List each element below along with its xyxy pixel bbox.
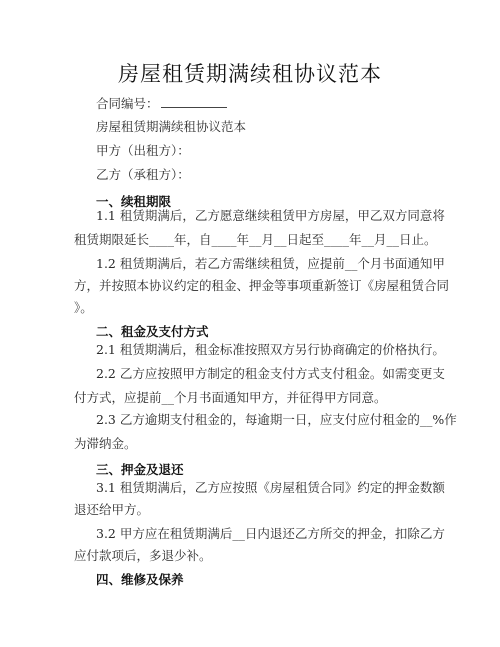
clause-line: 方，并按照本协议约定的租金、押金等事项重新签订《房屋租赁合同 xyxy=(74,276,449,294)
clause-line: 》。 xyxy=(74,298,93,316)
party-b-label: 乙方（承租方）： xyxy=(96,168,190,182)
document-subtitle: 房屋租赁期满续租协议范本 xyxy=(96,120,246,134)
clause-line: 2.3 乙方逾期支付租金的，每逾期一日，应支付应付租金的__%作 xyxy=(96,410,457,428)
contract-number-field: 合同编号： xyxy=(96,96,227,111)
clause-line: 1.2 租赁期满后，若乙方需继续租赁，应提前__个月书面通知甲 xyxy=(96,254,445,272)
clause-line: 应付款项后，多退少补。 xyxy=(74,546,212,564)
clause-line: 2.2 乙方应按照甲方制定的租金支付方式支付租金。如需变更支 xyxy=(96,364,445,382)
clause-line: 付方式，应提前__个月书面通知甲方，并征得甲方同意。 xyxy=(74,388,387,406)
section-heading-3: 三、押金及退还 xyxy=(96,460,184,478)
clause-line: 租赁期限延长____年，自____年__月__日起至____年__月__日止。 xyxy=(74,230,437,248)
clause-line: 3.1 租赁期满后，乙方应按照《房屋租赁合同》约定的押金数额 xyxy=(96,478,445,496)
clause-line: 2.1 租赁期满后，租金标准按照双方另行协商确定的价格执行。 xyxy=(96,340,445,358)
party-a-label: 甲方（出租方）： xyxy=(96,144,190,158)
clause-line: 1.1 租赁期满后，乙方愿意继续租赁甲方房屋，甲乙双方同意将 xyxy=(96,206,445,224)
clause-line: 退还给甲方。 xyxy=(74,500,149,518)
contract-number-label: 合同编号： xyxy=(96,96,159,111)
clause-line: 3.2 甲方应在租赁期满后__日内退还乙方所交的押金，扣除乙方 xyxy=(96,524,445,542)
section-heading-2: 二、租金及支付方式 xyxy=(96,322,209,340)
document-page: 房屋租赁期满续租协议范本 合同编号： 房屋租赁期满续租协议范本 甲方（出租方）：… xyxy=(0,0,500,647)
document-title: 房屋租赁期满续租协议范本 xyxy=(0,58,500,88)
contract-number-blank xyxy=(161,96,227,108)
clause-line: 为滞纳金。 xyxy=(74,434,137,452)
section-heading-4: 四、维修及保养 xyxy=(96,570,184,588)
